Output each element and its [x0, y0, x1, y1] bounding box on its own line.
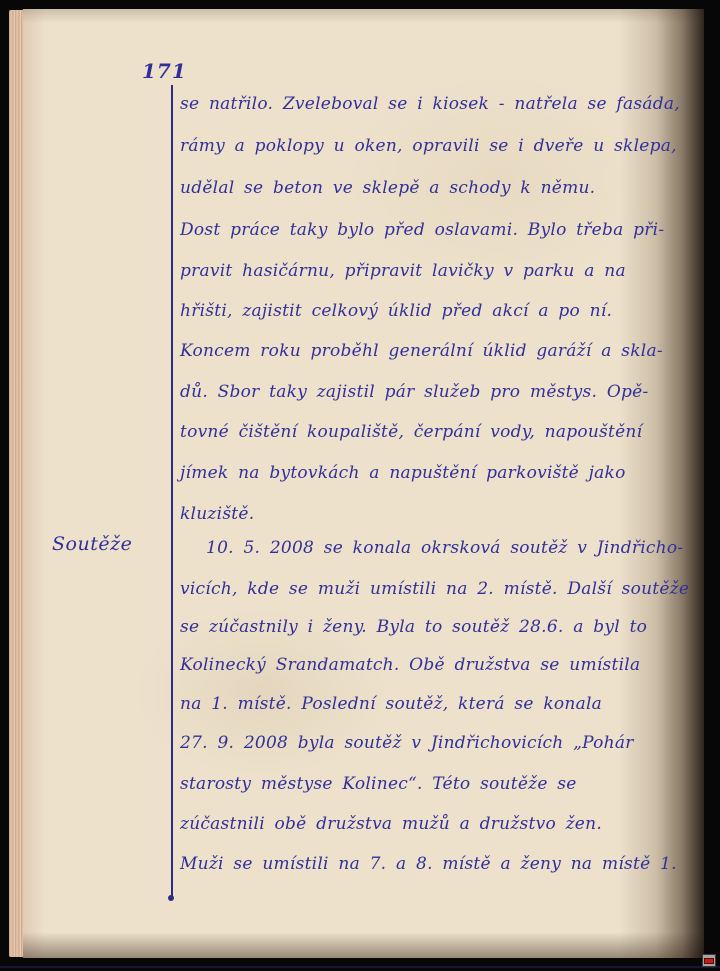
text-line: 10. 5. 2008 se konala okrsková soutěž v …	[180, 538, 720, 558]
text-line: Kolinecký Srandamatch. Obě družstva se u…	[180, 655, 700, 675]
chronicle-page: 171 Soutěže se natřilo. Zveleboval se i …	[23, 9, 704, 958]
corner-marker-red-bar	[704, 958, 714, 964]
text-line: kluziště.	[180, 504, 700, 524]
text-line: zúčastnili obě družstva mužů a družstvo …	[180, 814, 700, 834]
margin-rule-end-dot	[168, 895, 174, 901]
text-line: udělal se beton ve sklepě a schody k něm…	[180, 178, 700, 198]
text-line: se natřilo. Zveleboval se i kiosek - nat…	[180, 94, 700, 114]
text-line: Dost práce taky bylo před oslavami. Bylo…	[180, 220, 700, 240]
text-line: pravit hasičárnu, připravit lavičky v pa…	[180, 261, 700, 281]
text-line: jímek na bytovkách a napuštění parkovišt…	[180, 463, 700, 483]
margin-note-soutese: Soutěže	[52, 533, 132, 555]
text-line: tovné čištění koupaliště, čerpání vody, …	[180, 422, 700, 442]
text-line: Koncem roku proběhl generální úklid gará…	[180, 341, 700, 361]
margin-rule-line	[171, 85, 173, 897]
text-line: rámy a poklopy u oken, opravili se i dve…	[180, 136, 700, 156]
text-line: dů. Sbor taky zajistil pár služeb pro mě…	[180, 382, 700, 402]
text-line: vicích, kde se muži umístili na 2. místě…	[180, 579, 700, 599]
corner-marker-icon	[702, 954, 716, 967]
text-line: 27. 9. 2008 byla soutěž v Jindřichovicíc…	[180, 733, 700, 753]
text-line: Muži se umístili na 7. a 8. místě a ženy…	[180, 854, 700, 874]
text-line: starosty městyse Kolinec“. Této soutěže …	[180, 774, 700, 794]
page-number: 171	[142, 59, 187, 83]
book-cover-edge	[0, 966, 720, 968]
text-line: hřišti, zajistit celkový úklid před akcí…	[180, 301, 700, 321]
text-line: na 1. místě. Poslední soutěž, která se k…	[180, 694, 700, 714]
text-line: se zúčastnily i ženy. Byla to soutěž 28.…	[180, 617, 700, 637]
scanned-chronicle-photo: 171 Soutěže se natřilo. Zveleboval se i …	[0, 0, 720, 971]
